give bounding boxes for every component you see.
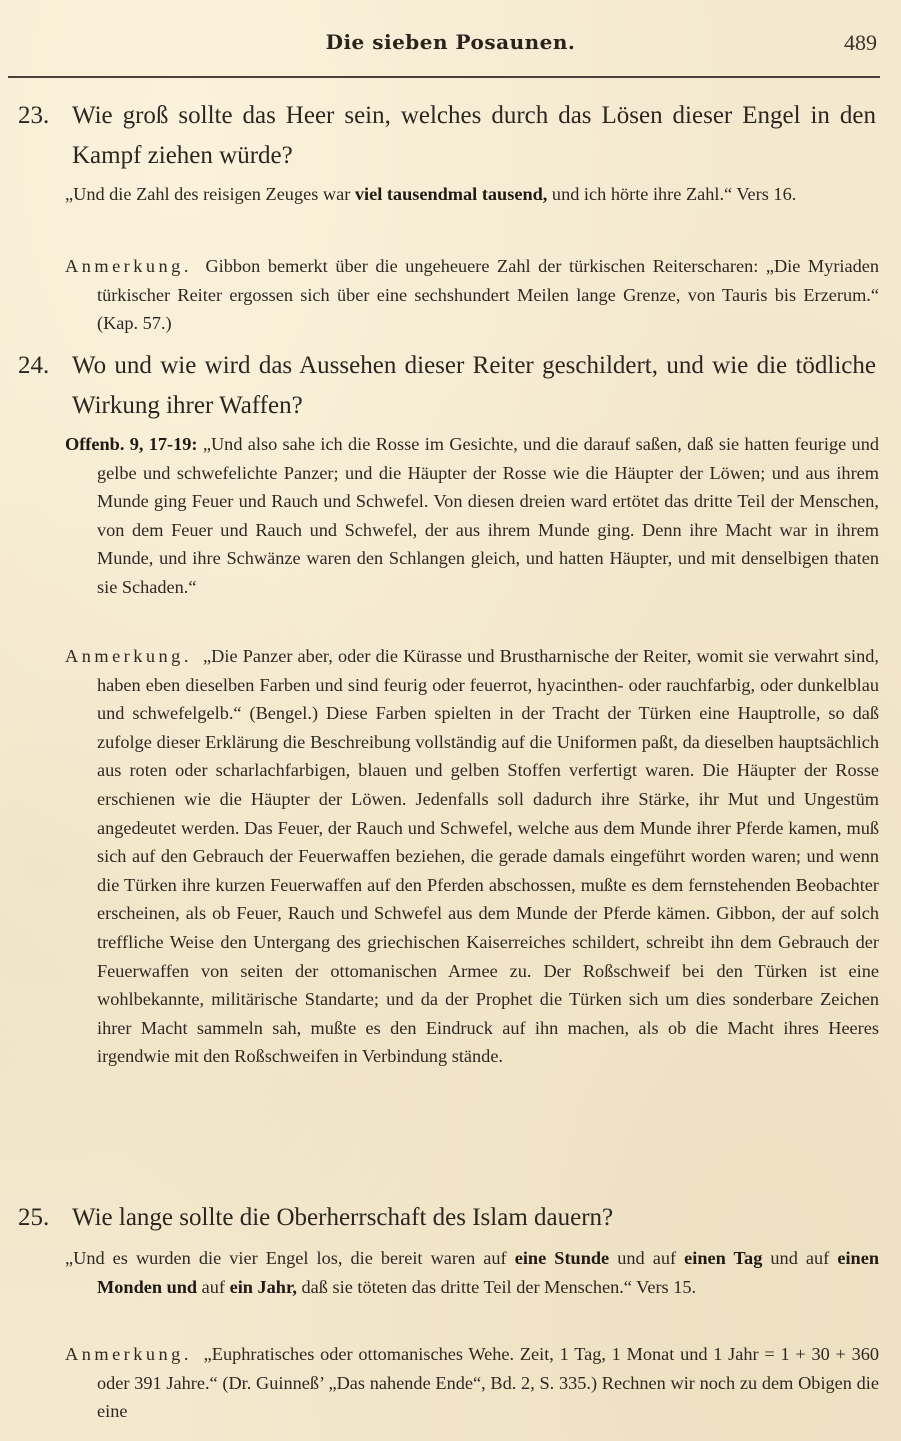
running-header: Die sieben Posaunen. 489 [0, 24, 901, 60]
quote-text: „Und die Zahl des reisigen Zeuges war [65, 184, 355, 204]
question-text: Wie lange sollte die Oberherrschaft des … [72, 1198, 876, 1238]
question-text: Wo und wie wird das Aussehen dieser Reit… [72, 346, 876, 426]
note-25: Anmerkung. „Euphratisches oder ottomanis… [65, 1340, 879, 1426]
quote-text: und auf [762, 1248, 837, 1268]
question-23: 23. Wie groß sollte das Heer sein, welch… [0, 96, 901, 176]
header-rule [8, 76, 880, 78]
quote-emphasis: viel tausendmal tausend, [355, 184, 548, 204]
note-24: Anmerkung. „Die Panzer aber, oder die Kü… [65, 642, 879, 1071]
quote-25: „Und es wurden die vier Engel los, die b… [65, 1244, 879, 1301]
question-text: Wie groß sollte das Heer sein, welches d… [72, 96, 876, 176]
question-25: 25. Wie lange sollte die Oberherrschaft … [0, 1198, 901, 1238]
scripture-24: Offenb. 9, 17-19: „Und also sahe ich die… [65, 430, 879, 602]
question-number: 23. [18, 96, 49, 136]
quote-emphasis: ein Jahr, [230, 1277, 297, 1297]
quote-text: und auf [609, 1248, 684, 1268]
scripture-reference: Offenb. 9, 17-19: [65, 434, 198, 454]
note-label: Anmerkung. [65, 256, 192, 276]
question-24: 24. Wo und wie wird das Aussehen dieser … [0, 346, 901, 426]
question-number: 24. [18, 346, 49, 386]
quote-23: „Und die Zahl des reisigen Zeuges war vi… [65, 180, 879, 209]
scripture-text: „Und also sahe ich die Rosse im Gesichte… [97, 434, 879, 597]
quote-emphasis: eine Stunde [515, 1248, 609, 1268]
note-text: „Euphratisches oder ottomanisches Wehe. … [97, 1344, 879, 1421]
note-label: Anmerkung. [65, 646, 192, 666]
quote-text: „Und es wurden die vier Engel los, die b… [65, 1248, 515, 1268]
quote-text: daß sie töteten das dritte Teil der Mens… [297, 1277, 696, 1297]
note-label: Anmerkung. [65, 1344, 192, 1364]
running-title: Die sieben Posaunen. [0, 30, 901, 54]
note-text: „Die Panzer aber, oder die Kürasse und B… [97, 646, 879, 1066]
note-text: Gibbon bemerkt über die ungeheuere Zahl … [97, 256, 879, 333]
quote-emphasis: einen Tag [684, 1248, 762, 1268]
question-number: 25. [18, 1198, 49, 1238]
quote-text: und ich hörte ihre Zahl.“ Vers 16. [547, 184, 796, 204]
note-23: Anmerkung. Gibbon bemerkt über die ungeh… [65, 252, 879, 338]
page-number: 489 [844, 30, 877, 56]
quote-text: auf [197, 1277, 229, 1297]
book-page: Die sieben Posaunen. 489 23. Wie groß so… [0, 0, 901, 1441]
